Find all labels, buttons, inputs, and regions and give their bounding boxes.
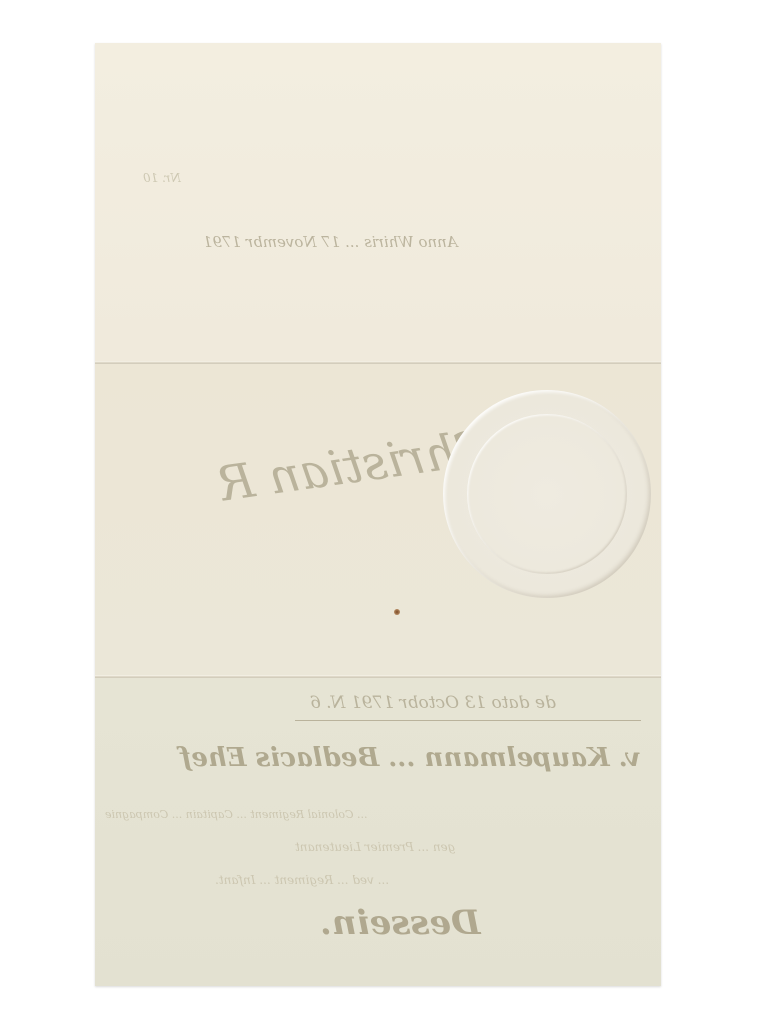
dated-line: de dato 13 Octobr 1791 N. 6 <box>310 693 556 713</box>
fold-line <box>95 675 661 678</box>
footer-line-1: v. Kaupelmann ... Bedlacis Ehef <box>180 743 640 773</box>
closing-word: Dessein. <box>320 903 481 943</box>
fold-line <box>95 361 661 364</box>
date-line: Anno Whiris ... 17 Novembr 1791 <box>203 233 458 251</box>
document-sheet: Nr. 10 Anno Whiris ... 17 Novembr 1791 C… <box>95 43 661 986</box>
footer-line-4: ... ved ... Regiment ... Infant. <box>215 873 389 887</box>
top-panel <box>95 43 661 362</box>
embossed-seal <box>443 390 651 598</box>
seal-coat-of-arms-icon <box>467 414 627 574</box>
underline <box>295 720 641 721</box>
document-number: Nr. 10 <box>143 171 181 185</box>
footer-line-2: ... Colonial Regiment ... Capitain ... C… <box>105 808 367 821</box>
footer-line-3: gen ... Premier Lieutenant <box>295 840 455 854</box>
ink-stain <box>394 609 400 615</box>
